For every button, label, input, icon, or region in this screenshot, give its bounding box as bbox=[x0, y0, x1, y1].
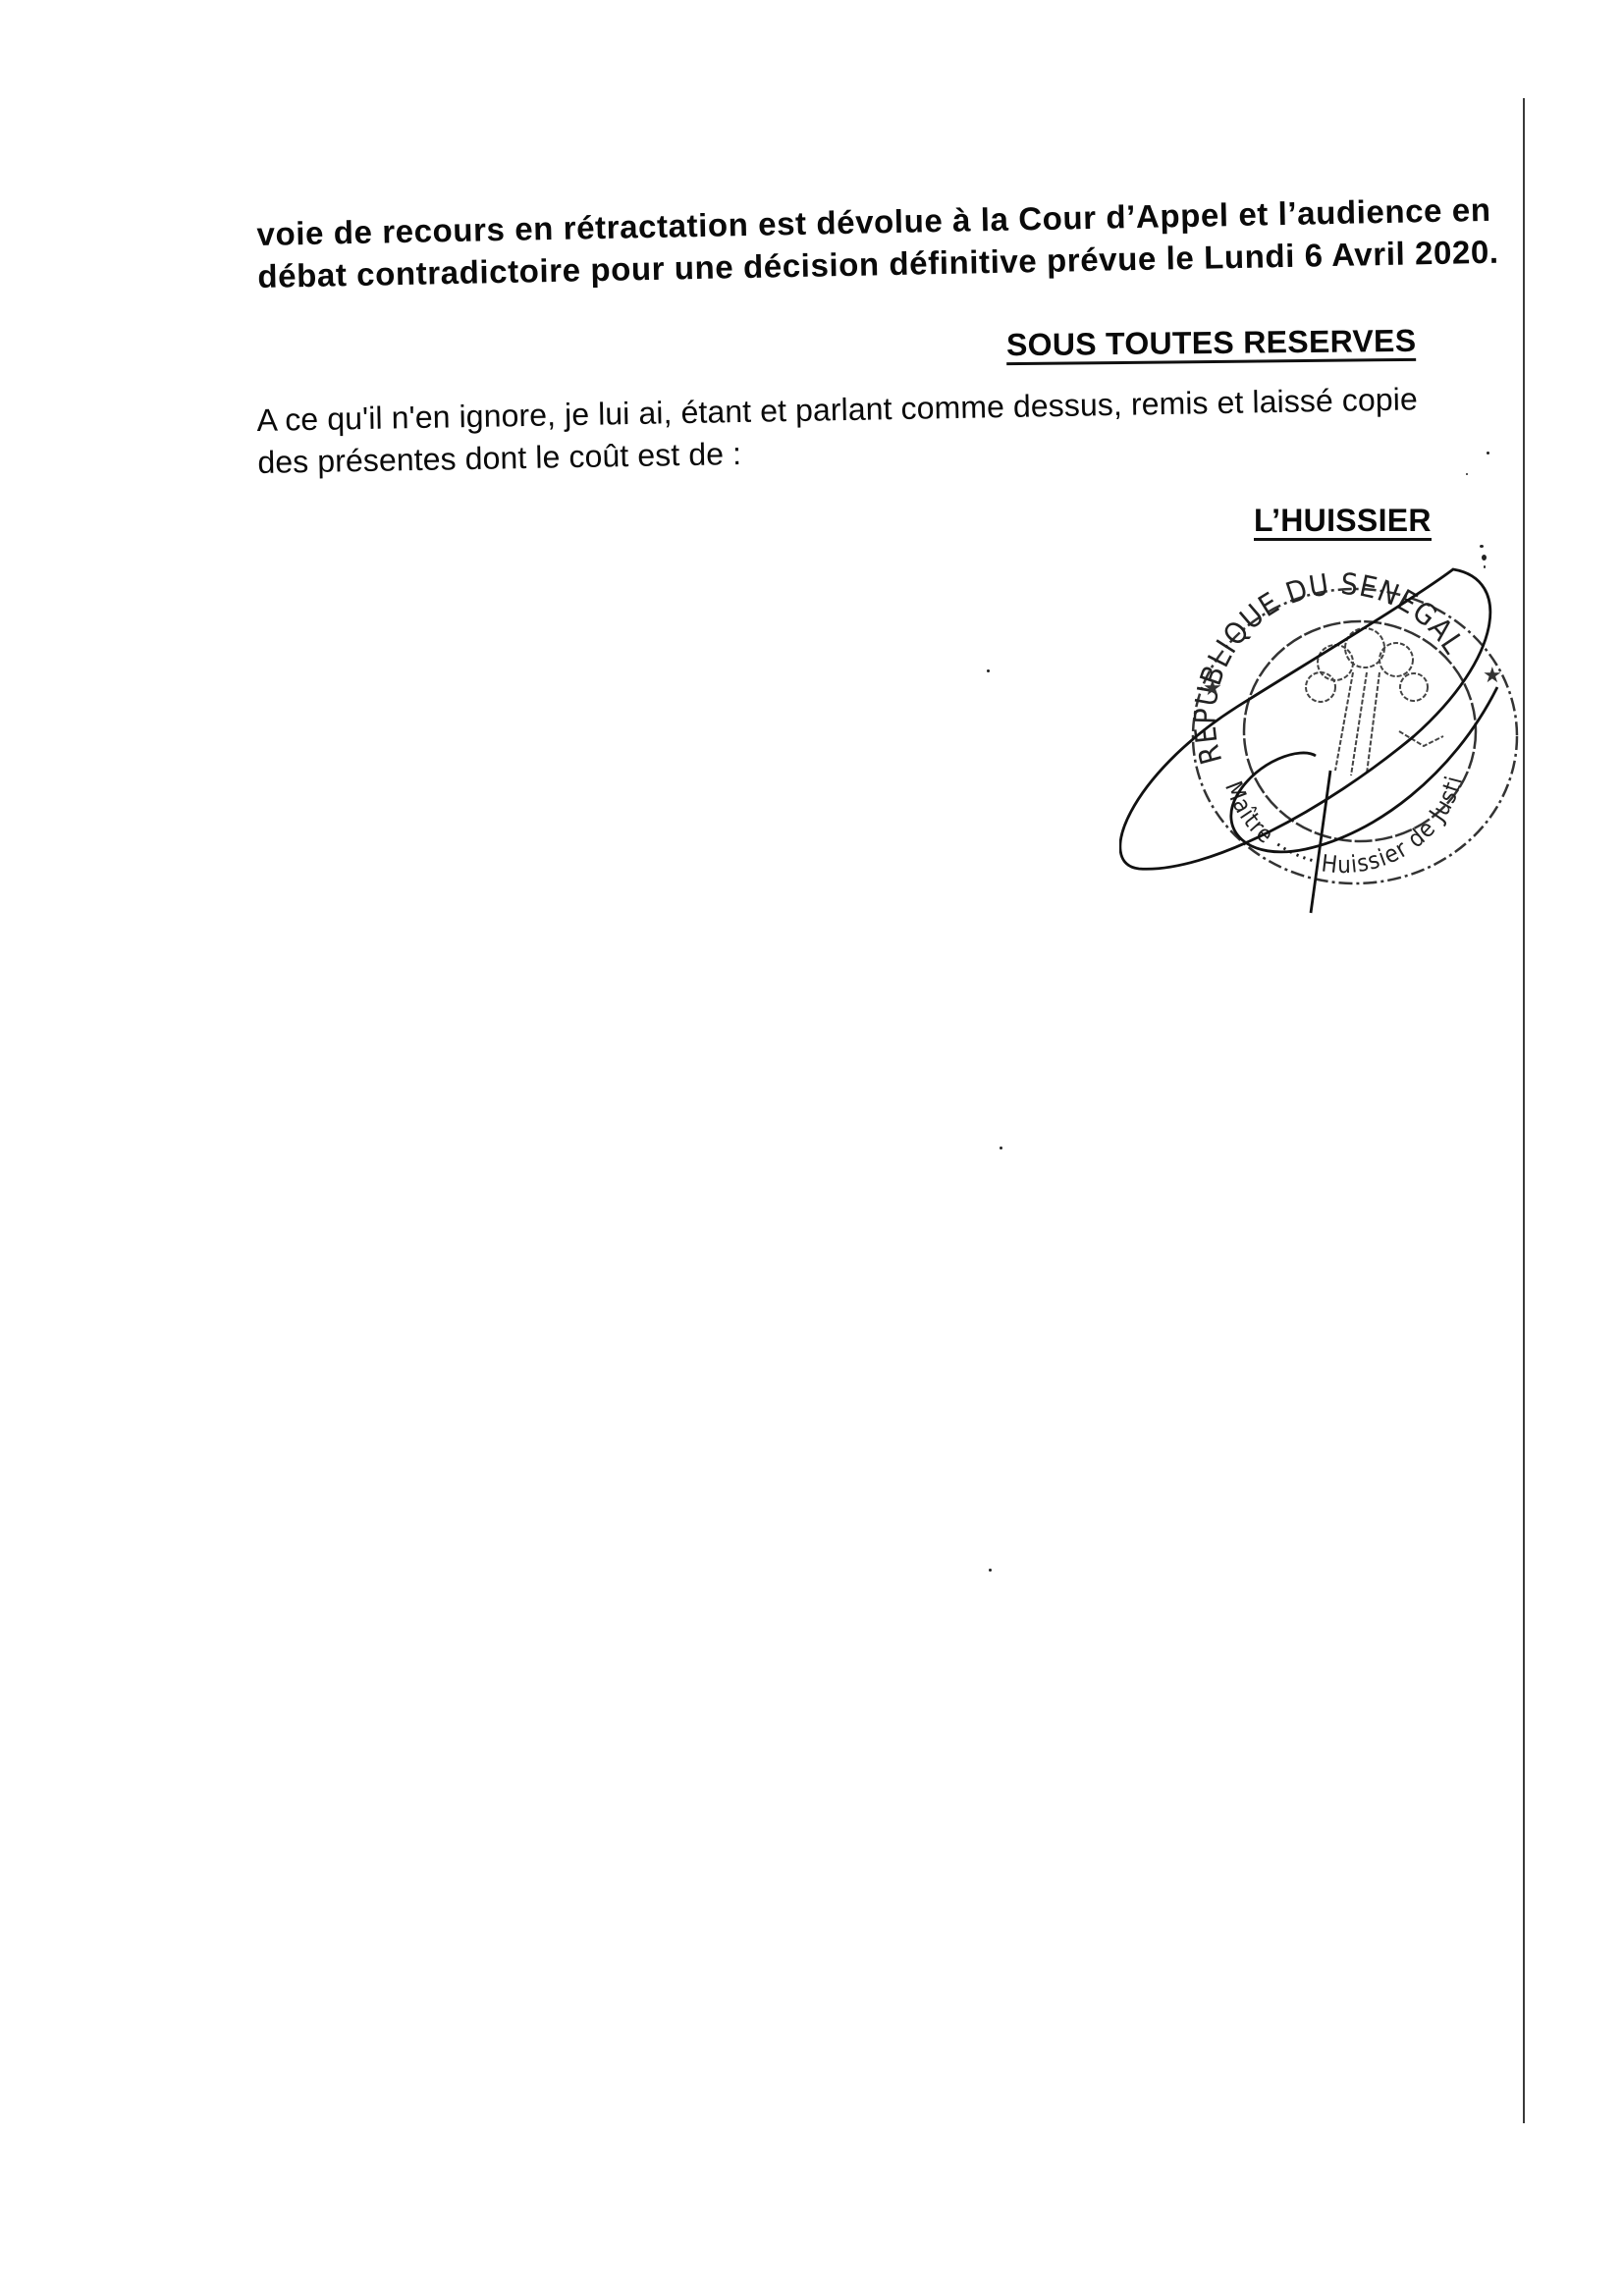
reserves-heading-text: SOUS TOUTES RESERVES bbox=[1006, 324, 1417, 365]
document-page: voie de recours en rétractation est dévo… bbox=[0, 0, 1623, 2296]
paragraph-appeal-notice: voie de recours en rétractation est dévo… bbox=[256, 189, 1455, 297]
scan-speck bbox=[1000, 1147, 1002, 1149]
scan-speck bbox=[1487, 452, 1489, 454]
stamp-star-left: ★ bbox=[1203, 675, 1222, 700]
signature-heading-text: L’HUISSIER bbox=[1254, 504, 1432, 541]
scan-speck bbox=[1466, 473, 1468, 475]
scan-speck bbox=[989, 1569, 992, 1572]
official-stamp: REPUBLIQUE DU SENEGAL Maître ······ Huis… bbox=[1119, 550, 1551, 942]
stamp-star-right: ★ bbox=[1483, 663, 1502, 687]
scan-speck bbox=[1484, 565, 1486, 568]
stamp-seal-icon: REPUBLIQUE DU SENEGAL Maître ······ Huis… bbox=[1119, 550, 1551, 942]
reserves-heading: SOUS TOUTES RESERVES bbox=[1006, 323, 1417, 365]
scan-speck bbox=[1482, 555, 1487, 561]
paragraph-service-statement: A ce qu'il n'en ignore, je lui ai, étant… bbox=[256, 378, 1455, 484]
scan-speck bbox=[1480, 545, 1484, 548]
scan-speck bbox=[987, 669, 990, 672]
stamp-top-text: REPUBLIQUE DU SENEGAL bbox=[1189, 567, 1471, 768]
svg-text:REPUBLIQUE DU SENEGAL: REPUBLIQUE DU SENEGAL bbox=[1189, 567, 1471, 768]
right-margin-rule bbox=[1523, 98, 1525, 2123]
signature-heading: L’HUISSIER bbox=[1254, 503, 1432, 541]
